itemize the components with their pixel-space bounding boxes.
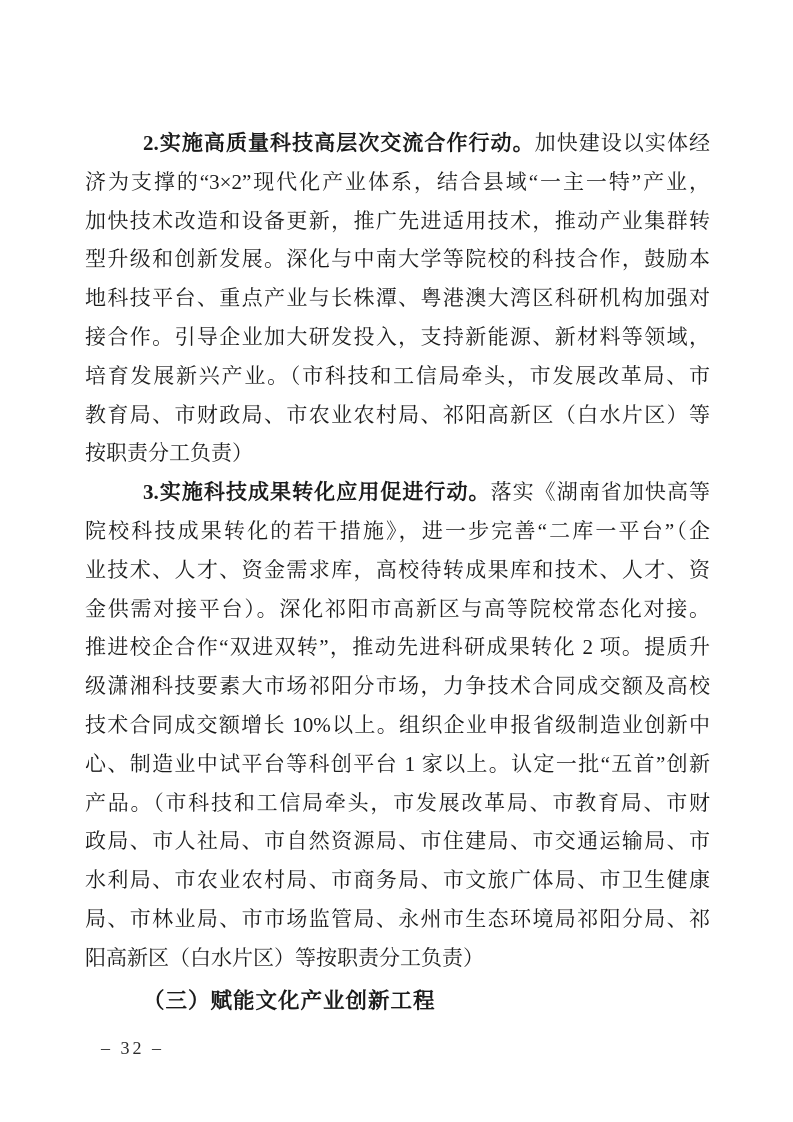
text-line: 型升级和创新发展。深化与中南大学等院校的科技合作，鼓励本: [85, 240, 710, 279]
text-line: 阳高新区（白水片区）等按职责分工负责）: [85, 939, 710, 978]
text-line: 政局、市人社局、市自然资源局、市住建局、市交通运输局、市: [85, 822, 710, 861]
paragraph-lead: 2.实施高质量科技高层次交流合作行动。: [143, 131, 535, 155]
paragraph-action-2: 2.实施高质量科技高层次交流合作行动。加快建设以实体经济为支撑的“3×2”现代化…: [85, 124, 710, 473]
text-line: 济为支撑的“3×2”现代化产业体系，结合县域“一主一特”产业，: [85, 163, 710, 202]
paragraph-action-3: 3.实施科技成果转化应用促进行动。落实《湖南省加快高等院校科技成果转化的若干措施…: [85, 473, 710, 977]
text-line: 教育局、市财政局、市农业农村局、祁阳高新区（白水片区）等: [85, 396, 710, 435]
text-line: 2.实施高质量科技高层次交流合作行动。加快建设以实体经: [85, 124, 710, 163]
paragraph-text: 落实《湖南省加快高等: [491, 480, 710, 504]
text-line: 技术合同成交额增长 10%以上。组织企业申报省级制造业创新中: [85, 706, 710, 745]
paragraph-text: 加快建设以实体经: [535, 131, 710, 155]
text-line: 院校科技成果转化的若干措施》，进一步完善“二库一平台”（企: [85, 512, 710, 551]
text-line: 接合作。引导企业加大研发投入，支持新能源、新材料等领域，: [85, 318, 710, 357]
text-line: 按职责分工负责）: [85, 434, 710, 473]
text-line: 加快技术改造和设备更新，推广先进适用技术，推动产业集群转: [85, 202, 710, 241]
text-line: 产品。（市科技和工信局牵头，市发展改革局、市教育局、市财: [85, 784, 710, 823]
text-line: 地科技平台、重点产业与长株潭、粤港澳大湾区科研机构加强对: [85, 279, 710, 318]
text-line: 业技术、人才、资金需求库，高校待转成果库和技术、人才、资: [85, 551, 710, 590]
text-line: 3.实施科技成果转化应用促进行动。落实《湖南省加快高等: [85, 473, 710, 512]
page-number: – 32 –: [101, 1037, 164, 1059]
section-heading: （三）赋能文化产业创新工程: [85, 982, 710, 1021]
text-line: 推进校企合作“双进双转”，推动先进科研成果转化 2 项。提质升: [85, 628, 710, 667]
text-line: 金供需对接平台）。深化祁阳市高新区与高等院校常态化对接。: [85, 590, 710, 629]
text-line: 心、制造业中试平台等科创平台 1 家以上。认定一批“五首”创新: [85, 745, 710, 784]
text-line: 局、市林业局、市市场监管局、永州市生态环境局祁阳分局、祁: [85, 900, 710, 939]
text-line: 水利局、市农业农村局、市商务局、市文旅广体局、市卫生健康: [85, 861, 710, 900]
text-line: 培育发展新兴产业。（市科技和工信局牵头，市发展改革局、市: [85, 357, 710, 396]
text-line: 级潇湘科技要素大市场祁阳分市场，力争技术合同成交额及高校: [85, 667, 710, 706]
document-text-body: 2.实施高质量科技高层次交流合作行动。加快建设以实体经济为支撑的“3×2”现代化…: [85, 124, 710, 1020]
paragraph-lead: 3.实施科技成果转化应用促进行动。: [143, 480, 491, 504]
document-page: 2.实施高质量科技高层次交流合作行动。加快建设以实体经济为支撑的“3×2”现代化…: [0, 0, 793, 1122]
